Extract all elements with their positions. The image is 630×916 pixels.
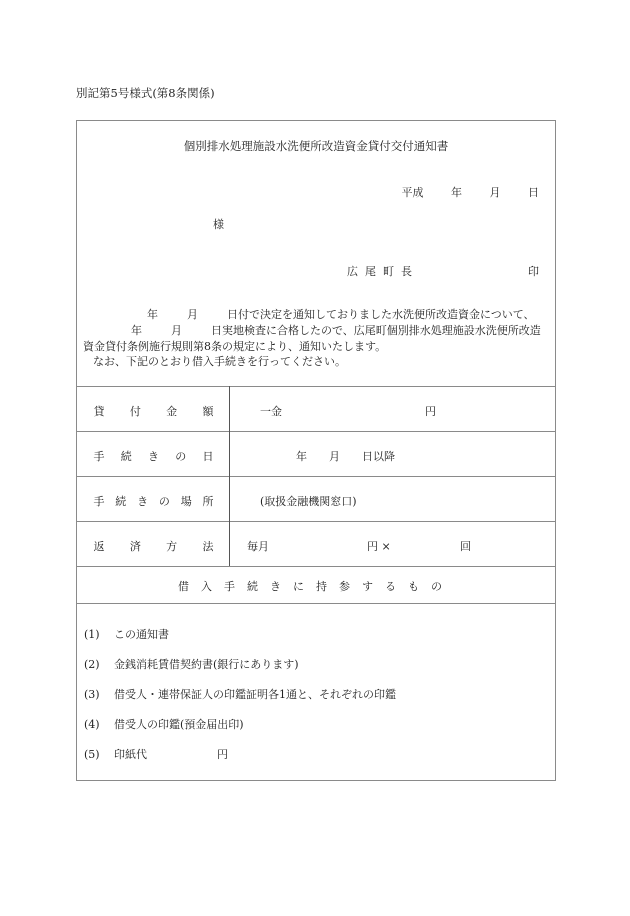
row-divider	[77, 476, 555, 477]
list-item: (3)借受人・連帯保証人の印鑑証明各1通と、それぞれの印鑑	[84, 686, 396, 702]
list-item: (5)印紙代円	[84, 746, 228, 762]
procedure-day: 日以降	[362, 448, 395, 464]
repayment-monthly-prefix: 毎月	[247, 538, 269, 554]
body-line-4: なお、下記のとおり借入手続きを行ってください。	[93, 353, 346, 369]
repayment-yen-times: 円 ×	[367, 538, 391, 554]
loan-amount-prefix: 一金	[260, 403, 282, 419]
repayment-method-label: 返済方法	[77, 538, 230, 554]
list-item: (4)借受人の印鑑(預金届出印)	[84, 716, 244, 732]
date-month: 月	[490, 184, 501, 200]
date-year: 年	[451, 184, 462, 200]
seal-mark: 印	[528, 263, 539, 279]
addressee-suffix: 様	[213, 216, 224, 232]
body-line-2: 年 月 日実地検査に合格したので、広尾町個別排水処理施設水洗便所改造	[131, 322, 541, 338]
form-number-label: 別記第5号様式(第8条関係)	[76, 85, 215, 101]
table-top-line	[77, 386, 555, 387]
document-title: 個別排水処理施設水洗便所改造資金貸付交付通知書	[77, 138, 555, 154]
items-to-bring-header: 借入手続きに持参するもの	[77, 578, 555, 594]
issuer-name: 広尾町長	[347, 263, 419, 279]
procedure-place-label: 手続きの場所	[77, 493, 230, 509]
loan-amount-label: 貸付金額	[77, 403, 230, 419]
date-day: 日	[528, 184, 539, 200]
list-item: (1)この通知書	[84, 626, 169, 642]
date-era: 平成	[402, 184, 424, 200]
procedure-month: 月	[329, 448, 340, 464]
procedure-year: 年	[296, 448, 307, 464]
row-divider	[77, 521, 555, 522]
loan-amount-yen: 円	[425, 403, 436, 419]
repayment-count: 回	[460, 538, 471, 554]
body-line-1: 年 月 日付で決定を通知しておりました水洗便所改造資金について、	[147, 306, 535, 322]
procedure-date-label: 手続きの日	[77, 448, 230, 464]
notice-form: 個別排水処理施設水洗便所改造資金貸付交付通知書 平成 年 月 日 様 広尾町長 …	[76, 120, 556, 781]
procedure-place-value: (取扱金融機関窓口)	[260, 493, 357, 509]
issue-date: 平成 年 月 日	[402, 184, 540, 200]
row-divider	[77, 566, 555, 567]
row-divider	[77, 431, 555, 432]
section-divider	[77, 603, 555, 604]
body-line-3: 資金貸付条例施行規則第8条の規定により、通知いたします。	[83, 338, 386, 354]
list-item: (2)金銭消耗賃借契約書(銀行にあります)	[84, 656, 299, 672]
